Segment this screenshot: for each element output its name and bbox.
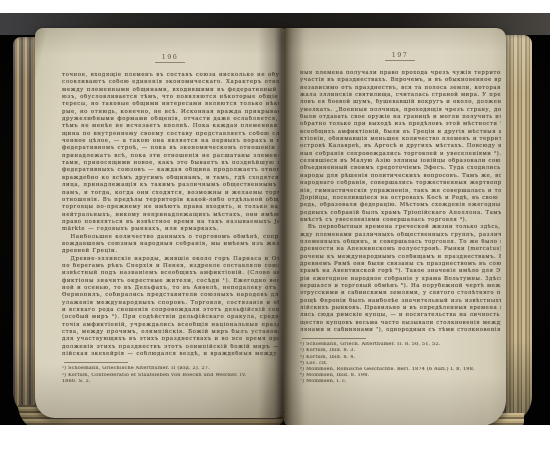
text-line: родныхъ собраній былъ храмъ Тріопійскаго… [300, 210, 501, 217]
left-footnote-rule [64, 362, 128, 363]
right-page-footnotes: ¹) Schoemann, Griech. Alterthümer. II. 8… [300, 342, 500, 385]
text-line: Въ первобытныя времена греческой жизни т… [300, 224, 501, 231]
text-line: островѣ Калавреѣ, въ Аргосѣ и другихъ мѣ… [300, 143, 501, 150]
right-footnote-rule [302, 338, 366, 339]
text-line: враждебно ко всѣмъ другимъ общинамъ, и т… [62, 175, 279, 182]
text-line: Ѳермопилъ, собирались представители союз… [62, 292, 279, 299]
text-line: рощѣ Фероніи былъ наиболѣе значительный … [300, 298, 501, 305]
text-line: федеративныхъ союзовъ — каждая община пр… [62, 167, 279, 174]
left-page-number: 196 [62, 44, 278, 63]
text-line: 1860. S. 2. [62, 379, 278, 385]
text-line: селившіеся въ Малую Азію эллины іонійцы … [300, 158, 501, 165]
text-line: точія амфиктіоній, учреждались всеобщія … [62, 322, 279, 329]
text-line: вмѣстѣ съ увеселеніями совершалась торго… [300, 217, 501, 224]
text-line: тересы, но таковые общими интересами явл… [62, 101, 279, 108]
text-line: жду племенами различныхъ общественныхъ г… [300, 232, 501, 239]
text-line: племенныхъ общинъ, и совершалась торговл… [300, 239, 501, 246]
right-page: 197 ныя племена получали право прохода ч… [284, 28, 506, 425]
text-line: ловъ ея боевой шумъ, бушевавшій вокругъ … [300, 99, 501, 106]
text-line: вершался и торговый обмѣнъ ⁶). На порубе… [300, 283, 501, 290]
text-line: Наибольшее количество данныхъ о торговом… [62, 234, 279, 241]
right-page-body-text: ныя племена получали право прохода чрезъ… [300, 70, 500, 334]
text-line: народнаго собранія, совершались торжеств… [300, 180, 501, 187]
text-line: участія въ празднествахъ. Впрочемъ, и въ… [300, 77, 501, 84]
text-line: ⁵) Mommsen, Römische Geschichte. Berl. 1… [300, 367, 500, 373]
text-line: принадлежатъ всѣ, пока эти отношенія не … [62, 153, 279, 160]
text-line: рочены къ международнымъ солбищамъ и пра… [300, 254, 501, 261]
text-line: тами, приносящими новое, какъ это бывает… [62, 160, 279, 167]
right-page-number-text: 197 [385, 51, 415, 61]
text-line: словливаютъ собою единенія экономическаг… [62, 79, 279, 86]
left-page-body-text: точное, входящіе племенъ въ составъ союз… [62, 72, 278, 358]
text-line: лійскихъ рынковъ. Правильно и въ опредѣл… [300, 305, 501, 312]
text-line: тѣмъ не менѣе не исчезаетъ вполнѣ. Пока … [62, 123, 279, 130]
text-line: храмѣ на Авентинской горѣ ⁵). Такое знач… [300, 268, 501, 275]
text-line: лянами и сабинянами ⁷), однородныя съ тѣ… [300, 327, 501, 334]
text-line: ныя племена получали право прохода чрезъ… [300, 70, 501, 77]
text-line: были отдавать свое оружіе на границѣ и м… [300, 114, 501, 121]
text-line: памъ, и тогда, когда они сходятся, возмо… [62, 190, 279, 197]
text-line: и всякаго рода сношенія сопровождали это… [62, 307, 279, 314]
text-line: умолкать. „Военныя полчища, проходящія ч… [300, 107, 501, 114]
text-line: древней Греціи. [62, 248, 279, 255]
text-line: между племенными общинами, входившими въ… [62, 87, 279, 94]
text-line: древности на Апеннинскомъ полуостровѣ. Р… [300, 246, 501, 253]
text-line: извѣстный подъ названіемъ всеобщихъ амфи… [62, 270, 279, 277]
text-line: ⁷) Mommsen, l. c. [300, 379, 500, 385]
text-line: точное, входящіе племенъ въ составъ союз… [62, 72, 279, 79]
text-line: объединенный своимъ средоточіемъ Эфесъ. … [300, 165, 501, 172]
text-line: юзъ, обусловливается тѣмъ, что появляютс… [62, 94, 279, 101]
text-line: ріи ежегодное народное собраніе у храма … [300, 276, 501, 283]
text-line: (особый миръ ²). При содѣйствіи дельфійс… [62, 314, 279, 321]
text-line: ченное цѣлое, — а такою она является на … [62, 138, 279, 145]
left-page: 196 точное, входящіе племенъ въ составъ … [35, 28, 284, 418]
left-page-number-text: 196 [155, 53, 185, 63]
text-line: ной и осенью, то въ Дельфахъ, то въ Анѳе… [62, 285, 279, 292]
right-page-number: 197 [300, 42, 500, 61]
text-line: Древне-эллинскіе народы, жившіе около го… [62, 256, 279, 263]
text-line: улаженія международныхъ споровъ. Торговл… [62, 300, 279, 307]
text-line: пійская экехейрія — соблюдался вездѣ, и … [62, 351, 279, 358]
text-line: ²) Kortüm, Confoederatio et Staatsleben … [62, 373, 278, 379]
text-line: нія, гимнастическія упражненія, такъ же … [300, 188, 501, 195]
text-line: дружелюбными формами общенія, отчасти да… [62, 116, 279, 123]
text-line: вождавшемъ союзныя народныя собранія, мы… [62, 241, 279, 248]
text-line: независимо отъ празднествъ, вся та полос… [300, 85, 501, 92]
text-line: ктіоніи, обнимавшія меньшее количество п… [300, 136, 501, 143]
text-line: лица, принадлежащія къ такимъ различнымъ… [62, 182, 279, 189]
text-line: долженія этихъ празднествъ этотъ олимпій… [62, 344, 279, 351]
text-line: для участвующихъ въ этихъ празднествахъ … [62, 336, 279, 343]
text-line: обратно только при выходѣ изъ предѣловъ … [300, 121, 501, 128]
text-line: древнемъ Римѣ они были связаны съ праздн… [300, 261, 501, 268]
text-line: жала эллинскія святилища, считалась стра… [300, 92, 501, 99]
text-line: ства, между прочимъ, олимпійскія. Божій … [62, 329, 279, 336]
text-line: нейтральныхъ, никому непринадлежащихъ мѣ… [62, 212, 279, 219]
text-line: по берегамъ рѣкъ Сперхія и Пенея, издрев… [62, 263, 279, 270]
page-edges-right [503, 35, 532, 425]
text-line: лись сюда римскіе купцы, — и посягательс… [300, 312, 501, 319]
book-photograph: 196 точное, входящіе племенъ въ составъ … [0, 13, 550, 425]
text-line: народы для рѣшенія политическихъ вопросо… [300, 173, 501, 180]
text-line: федеративномъ строѣ, — пока въ экономиче… [62, 145, 279, 152]
text-line: Дорійцы, поселившіеся на островахъ Косѣ … [300, 195, 501, 202]
text-line: рые, но отнюдь, конечно, не всѣ. Исконна… [62, 109, 279, 116]
text-line: щина по внутреннему своему составу предс… [62, 131, 279, 138]
text-line: этрусскими и сабинскими землями, у свято… [300, 290, 501, 297]
text-line: право появляться въ извѣстное время на т… [62, 219, 279, 226]
text-line: редь, образовали федерацію. Мѣстомъ схож… [300, 202, 501, 209]
text-line: всеобщихъ амфиктіоній, были въ Греціи и … [300, 129, 501, 136]
text-line: отношенія. Въ предѣлы территоріи какой-л… [62, 197, 279, 204]
text-line: ныя собранія сопровождались торговлей и … [300, 151, 501, 158]
text-line: фиктіоны значитъ окрестные жители, сосѣд… [62, 278, 279, 285]
left-page-footnotes: ¹) Schoemann, Griechische Alterthümer. I… [62, 366, 278, 384]
text-line: торговцы по-прежнему не имѣютъ права вхо… [62, 204, 279, 211]
text-line: щество купцовъ весьма часто вызывали сто… [300, 320, 501, 327]
text-line: märkte — годовыхъ рынкахъ, или ярмаркахъ… [62, 226, 279, 233]
